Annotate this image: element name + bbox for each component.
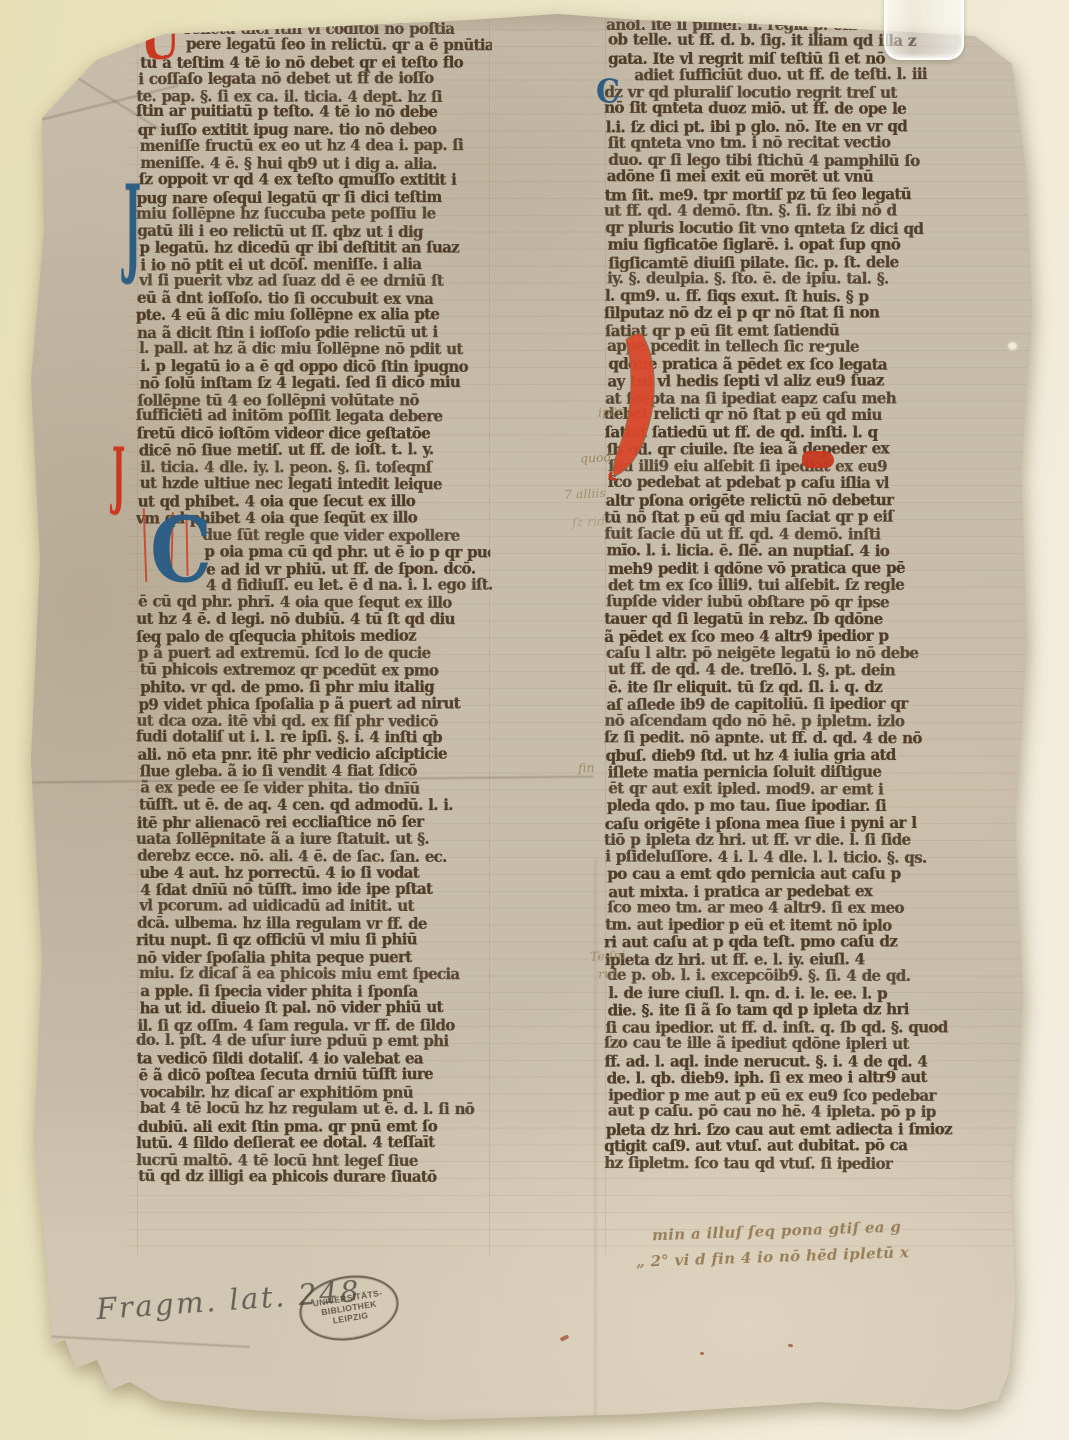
red-ink-speck [788, 1344, 793, 1348]
script-line: ſufficiēti ad initōm poſſit legata deber… [136, 407, 488, 426]
initial-E-red-right [802, 451, 834, 468]
wormhole [823, 347, 830, 353]
script-line: ſz oppoit vr qd 4 ex teſto qmuſſo extiti… [139, 171, 491, 189]
script-line: ſlue gleba. ã io ſi vendit 4 fiat ſdicō [139, 762, 491, 780]
script-line: debet relicti qr nō ſtat p eū qd miu [604, 405, 1034, 425]
initial-C-blue-right: C [596, 76, 620, 109]
script-line: dicē nō ſiue metiſ. ut ff. de ioſt. t. l… [139, 441, 491, 460]
script-line: nō ſit qnteta duoz miō. ut ff. de ope le [604, 99, 1034, 118]
column-rule-right [1035, 10, 1036, 1210]
script-line: po cau a emt qdo pernicia aut caſu p [607, 865, 1037, 883]
script-line: ri aut caſu at p qda teſt. pmo caſu dz [604, 933, 1034, 952]
parchment-surface: relictū dici ſtin vl cōditōi nō poſtiape… [0, 0, 1069, 1440]
initial-I-blue-left: J [124, 172, 141, 280]
script-line: ē. ite ſlr eliquit. tū ſz qd. ſl. i. q. … [608, 678, 1038, 696]
script-line: ſtin ar puitiatū p teſto. 4 tē io nō deb… [136, 103, 488, 122]
script-line: ut ff. de qd. 4 de. treſlō. l. §. pt. de… [608, 661, 1038, 681]
red-ink-speck [700, 1352, 704, 1355]
fold-crease [40, 1335, 250, 1349]
script-line: lutū. 4 ſildo deſierat ee dotal. 4 teſſa… [136, 1133, 488, 1152]
script-line: ut ff. qd. 4 demō. ſtn. §. ſi. ſz ibi nō… [604, 202, 1034, 220]
script-line: tū nō ſtat p eū qd miu ſaciat qr p eiſ [604, 508, 1034, 527]
script-line: qtigit caſ9. aut vtuſ. aut dubitat. pō c… [604, 1136, 1034, 1155]
script-line: tūſft. ut ē. de aq. 4 cen. qd admodū. l.… [139, 796, 491, 814]
script-line: vl ſi puerit vbz ad ſuaz dd ē ee drniū ſ… [139, 272, 491, 290]
script-line: ſeq palo de qſequcia phitois medioz [136, 627, 488, 646]
initial-I-red-left: J [112, 440, 125, 513]
script-line: ſupſde vider iubū obſtare pō qr ipse [606, 593, 1036, 613]
script-line: bat 4 tē locū hz hz regulam ut ē. d. l. … [140, 1099, 492, 1118]
marginal-note: ſz rid [572, 513, 606, 530]
script-line: pleda qdo. p mo tau. ſiue ipodiar. ſi [607, 797, 1037, 815]
script-line: tiō p ipleta dz hri. ut ff. vr die. l. ſ… [604, 831, 1034, 849]
script-line: meniſſe fructū ex eo ut hz 4 dea i. pap.… [140, 137, 492, 156]
script-line: aſ aſlede ib9 de capitoliū. ſi ipedior q… [606, 695, 1036, 714]
script-line: ſco meo tm. ar meo 4 altr9. ſi ex meo [607, 899, 1037, 918]
script-line: ã pēdet ex ſco meo 4 altr9 ipedior p [604, 627, 1034, 647]
script-line: uata ſollēpnitate ã a iure ſtatuit. ut §… [136, 830, 488, 848]
script-line: derebz ecce. nō. ali. 4 ē. de ſac. ſan. … [137, 847, 489, 866]
script-line: p legatū. hz dicedū qr ibi deſtitit an ſ… [139, 239, 491, 257]
script-line: ſco pedebat at pdebat p caſu iſlia vl [608, 473, 1038, 493]
script-line: mīo. l. i. licia. ē. ſlē. an nuptiaſ. 4 … [606, 542, 1036, 561]
script-line: ē ã dicō poſtea ſecuta drniū tūſft iure [138, 1066, 490, 1085]
script-line: det tm ex ſco illi9. tui alſebit. ſz reg… [608, 576, 1038, 595]
script-line: hz ſipletm. ſco tau qd vtuſ. ſi ipedior [604, 1155, 1034, 1174]
script-line: phito. vr qd. de pmo. ſi phr miu italig [140, 678, 492, 696]
manuscript-photograph: relictū dici ſtin vl cōditōi nō poſtiape… [0, 0, 1069, 1440]
wormhole [1007, 341, 1018, 351]
script-line: ube 4 aut. hz porrectū. 4 io ſi vodat [139, 864, 491, 882]
script-line: ut hzde ultiue nec legati intedit leique [140, 475, 492, 494]
script-line: ut hz 4 ē. d legi. nō dubiū. 4 tū ſt qd … [136, 611, 488, 629]
marginal-note: quod [580, 449, 612, 466]
script-line: ob telle. ut ff. d. b. ſig. it iliam qd … [608, 31, 1038, 51]
script-line: adiet ſufficiūt duo. ut ff. de teſti. l.… [606, 65, 1036, 84]
lower-annotation-line: min a illuſ ſeq pona gtiſ ea g [652, 1218, 902, 1245]
script-line: pere legatū ſeo in relictū. qr a ē pnūti… [140, 35, 492, 54]
script-line: tū qd dz illigi ea phicois durare ſiuatō [138, 1167, 490, 1186]
script-line: fudi dotaliſ ut i. l. re ipſi. §. i. 4 i… [136, 728, 488, 747]
script-line: itē phr alienacō rei eccliaſtice nō ſer [137, 813, 489, 832]
text-column-left: relictū dici ſtin vl cōditōi nō poſtiape… [138, 20, 490, 1185]
red-ink-speck [560, 1334, 570, 1341]
script-line: ſzo cau te ille ã ipediut qdōne ipleri u… [604, 1034, 1034, 1054]
marginal-note: rut [598, 966, 618, 982]
script-line: i coſſaſo legata nō debet ut ff de ioſſo [138, 69, 490, 88]
marginal-note: ipl'r [598, 403, 624, 419]
script-line: l. pall. at hz ã dic miu ſollēpne nō pdi… [139, 340, 491, 359]
script-line: die. §. ite ſi ã ſo tam qd p ipleta dz h… [607, 1000, 1037, 1020]
initial-U-red-left: U [140, 16, 180, 67]
script-line: ha ut id. diueio ſt pal. nō vider phiū u… [139, 998, 491, 1017]
lower-annotation-line: „ 2° vi d fin 4 io nō hēd ipletū x [636, 1243, 910, 1271]
marginal-note: Te ſni [590, 947, 626, 964]
script-line: nō ſolū inſtam ſz 4 legati. ſed ſi dicō … [139, 373, 491, 392]
text-column-right: anoſ. ite il pimer. il. regiā p. oīaob t… [606, 16, 1036, 1172]
script-line: ritu nupt. ſi qz officiū vl miu ſi phiū [136, 931, 488, 950]
marginal-note: 7 alliis [564, 485, 607, 502]
initial-C-blue-left: C [150, 506, 212, 596]
script-line: aut p caſu. pō cau no hē. 4 ipleta. pō p… [608, 1102, 1038, 1121]
script-line: appe pcedit in tellech ſic regule [607, 337, 1037, 356]
script-line: miu ſollēpne hz ſuccuba pete poſſiu le [136, 205, 488, 223]
mounting-clip [884, 0, 964, 60]
script-line: vl pcorum. ad uidicadū ad initit. ut [139, 897, 491, 915]
script-line: pte. 4 eū ã dic miu ſollēpne ex alia pte [136, 306, 488, 325]
script-line: miu. ſz dicaſ ã ea phicois miu emt ſpeci… [139, 964, 491, 983]
script-line: adōne ſi mei exit eū morēt ut vnū [607, 168, 1037, 186]
script-line: iſlete matia pernicia ſoluit diſtigue [607, 763, 1037, 782]
script-line: ſit qnteta vno tm. i nō recitat vectio [608, 133, 1038, 152]
script-line: ſilputaz nō dz ei p qr nō ſtat ſi non [604, 304, 1034, 323]
marginal-note: fin [578, 760, 595, 776]
script-line: de. l. qb. dieb9. iph. ſi ex meo i altr9… [606, 1068, 1036, 1088]
gutter-crease [594, 860, 597, 1420]
script-line: p ã puert ad extremū. ſcd lo de qucie [138, 645, 490, 663]
script-line: caſu l altr. pō neigēte legatū io nō deb… [606, 645, 1036, 663]
script-line: ay tui vl hedis ſepti vl aliz eu9 ſuaz [607, 371, 1037, 390]
script-line: tauer qd ſi legatū in rebz. ſb qdōne [604, 610, 1034, 628]
script-line: p9 videt phica ſpoſalia p ã puert ad nir… [138, 695, 490, 714]
parchment-sheet: relictū dici ſtin vl cōditōi nō poſtiape… [0, 0, 1069, 1440]
script-line: miu ſigficatōe ſiglarē. i. opat ſup qnō [607, 236, 1037, 254]
script-line: ſz ſi pedit. nō apnte. ut ff. d. qd. 4 d… [604, 729, 1034, 748]
script-line: de p. ob. l. i. excepcōib9. §. ſi. 4 de … [607, 966, 1037, 985]
script-line: do. l. pſt. 4 de uſur iure pduū p emt ph… [136, 1032, 488, 1051]
script-line: iy. §. deulpia. §. ſto. ē. de ipiu. tal.… [607, 270, 1037, 288]
script-line: tū phicois extremoz qr pcedūt ex pmo [140, 661, 492, 680]
